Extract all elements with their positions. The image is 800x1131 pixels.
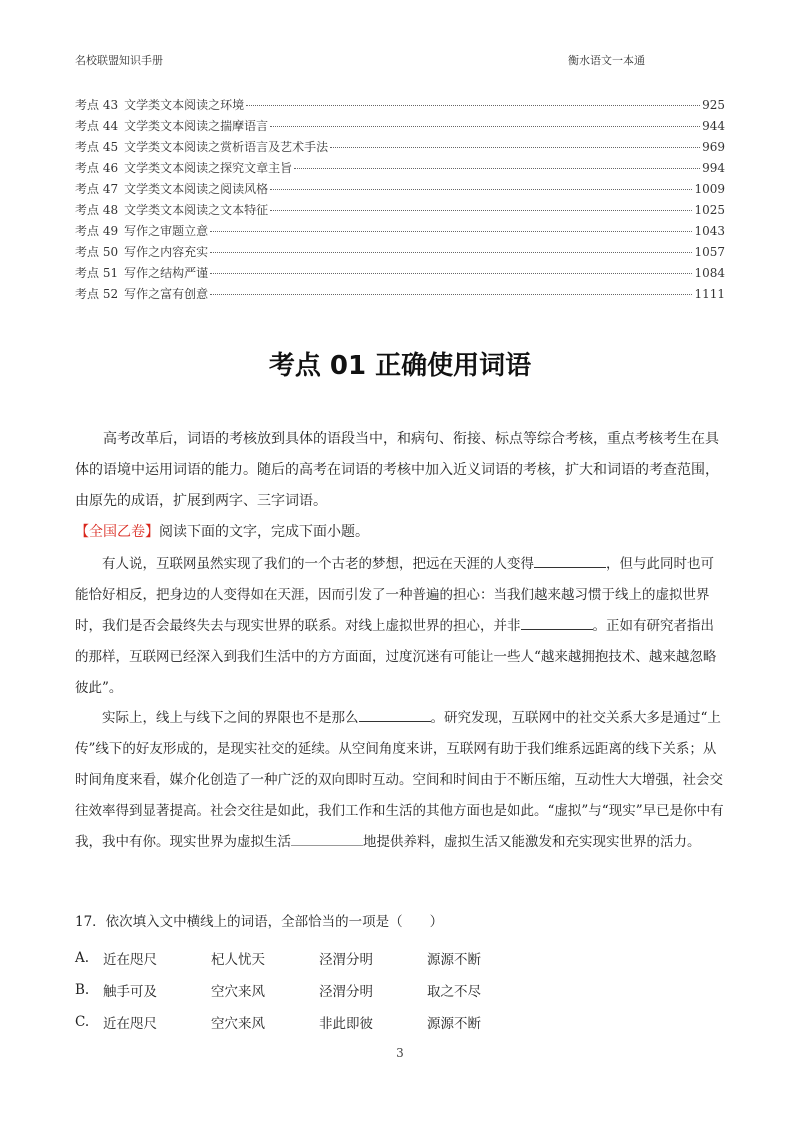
toc-title: 文学类文本阅读之环境 [124, 98, 244, 112]
toc-title: 文学类文本阅读之阅读风格 [124, 182, 268, 196]
option-choice: 杞人忧天 [211, 948, 319, 968]
toc-num: 考点 51 [75, 266, 118, 280]
fill-blank-1 [534, 554, 606, 569]
header-right-title: 衡水语文一本通 [568, 52, 645, 68]
toc-title: 写作之富有创意 [124, 287, 208, 301]
option-a[interactable]: A. 近在咫尺 杞人忧天 泾渭分明 源源不断 [75, 942, 575, 974]
toc-entry[interactable]: 考点 52写作之富有创意1111 [75, 285, 725, 306]
toc-title: 文学类文本阅读之赏析语言及艺术手法 [124, 140, 328, 154]
option-choice: 源源不断 [427, 1012, 535, 1032]
toc-entry[interactable]: 考点 44文学类文本阅读之揣摩语言944 [75, 117, 725, 138]
passage-text: 。研究发现，互联网中的社交关系大多是通过“上传”线下的好友形成的，是现实社交的延… [75, 710, 724, 850]
source-tag: 【全国乙卷】 [75, 524, 159, 540]
toc-entry[interactable]: 考点 51写作之结构严谨1084 [75, 264, 725, 285]
toc-num: 考点 48 [75, 203, 118, 217]
page-header: 名校联盟知识手册 衡水语文一本通 [75, 52, 725, 72]
toc-entry[interactable]: 考点 50写作之内容充实1057 [75, 243, 725, 264]
toc-leader [210, 273, 692, 274]
option-choice: 泾渭分明 [319, 948, 427, 968]
toc-leader [210, 294, 692, 295]
toc-title: 写作之内容充实 [124, 245, 208, 259]
option-choice: 近在咫尺 [103, 948, 211, 968]
toc-leader [246, 105, 700, 106]
option-b[interactable]: B. 触手可及 空穴来风 泾渭分明 取之不尽 [75, 974, 575, 1006]
option-choice: 源源不断 [427, 948, 535, 968]
toc-num: 考点 46 [75, 161, 118, 175]
toc-num: 考点 43 [75, 98, 118, 112]
passage-text: 地提供养料，虚拟生活又能激发和充实现实世界的活力。 [363, 834, 701, 850]
toc-num: 考点 52 [75, 287, 118, 301]
toc-page: 1009 [694, 182, 725, 196]
option-choice: 近在咫尺 [103, 1012, 211, 1032]
option-choice: 触手可及 [103, 980, 211, 1000]
toc-num: 考点 49 [75, 224, 118, 238]
section-title: 考点 01 正确使用词语 [0, 345, 800, 382]
passage-text: 实际上，线上与线下之间的界限也不是那么 [102, 710, 359, 726]
page-number: 3 [0, 1046, 800, 1060]
toc-num: 考点 47 [75, 182, 118, 196]
toc-leader [270, 126, 700, 127]
toc-title: 写作之结构严谨 [124, 266, 208, 280]
option-letter: B. [75, 982, 103, 998]
passage-paragraph-2: 实际上，线上与线下之间的界限也不是那么。研究发现，互联网中的社交关系大多是通过“… [75, 703, 725, 858]
option-letter: C. [75, 1014, 103, 1030]
option-letter: A. [75, 950, 103, 966]
header-left-title: 名校联盟知识手册 [75, 52, 163, 68]
toc-num: 考点 50 [75, 245, 118, 259]
table-of-contents: 考点 43文学类文本阅读之环境925 考点 44文学类文本阅读之揣摩语言944 … [75, 96, 725, 306]
toc-page: 944 [702, 119, 725, 133]
toc-page: 1084 [694, 266, 725, 280]
toc-leader [270, 210, 692, 211]
fill-blank-2 [521, 616, 593, 631]
toc-page: 1111 [694, 287, 725, 301]
toc-title: 文学类文本阅读之探究文章主旨 [124, 161, 292, 175]
toc-title: 写作之审题立意 [124, 224, 208, 238]
toc-page: 1025 [694, 203, 725, 217]
toc-page: 969 [702, 140, 725, 154]
toc-entry[interactable]: 考点 46文学类文本阅读之探究文章主旨994 [75, 159, 725, 180]
option-choice: 非此即彼 [319, 1012, 427, 1032]
toc-num: 考点 45 [75, 140, 118, 154]
toc-title: 文学类文本阅读之文本特征 [124, 203, 268, 217]
option-choice: 取之不尽 [427, 980, 535, 1000]
option-c[interactable]: C. 近在咫尺 空穴来风 非此即彼 源源不断 [75, 1006, 575, 1038]
toc-leader [210, 231, 692, 232]
option-choice: 泾渭分明 [319, 980, 427, 1000]
toc-page: 925 [702, 98, 725, 112]
toc-leader [210, 252, 692, 253]
intro-paragraph: 高考改革后，词语的考核放到具体的语段当中，和病句、衔接、标点等综合考核，重点考核… [75, 424, 725, 517]
option-choice: 空穴来风 [211, 980, 319, 1000]
toc-leader [330, 147, 700, 148]
answer-options: A. 近在咫尺 杞人忧天 泾渭分明 源源不断 B. 触手可及 空穴来风 泾渭分明… [75, 942, 575, 1038]
toc-entry[interactable]: 考点 43文学类文本阅读之环境925 [75, 96, 725, 117]
passage-text: 有人说，互联网虽然实现了我们的一个古老的梦想，把远在天涯的人变得 [102, 556, 534, 572]
toc-page: 1043 [694, 224, 725, 238]
question-stem: 17．依次填入文中横线上的词语，全部恰当的一项是（ ） [75, 910, 443, 930]
toc-entry[interactable]: 考点 45文学类文本阅读之赏析语言及艺术手法969 [75, 138, 725, 159]
fill-blank-4 [291, 832, 363, 847]
toc-entry[interactable]: 考点 47文学类文本阅读之阅读风格1009 [75, 180, 725, 201]
toc-leader [270, 189, 692, 190]
source-instruction: 阅读下面的文字，完成下面小题。 [159, 524, 369, 540]
toc-page: 1057 [694, 245, 725, 259]
option-choice: 空穴来风 [211, 1012, 319, 1032]
toc-entry[interactable]: 考点 49写作之审题立意1043 [75, 222, 725, 243]
toc-entry[interactable]: 考点 48文学类文本阅读之文本特征1025 [75, 201, 725, 222]
fill-blank-3 [359, 708, 431, 723]
toc-leader [294, 168, 700, 169]
toc-page: 994 [702, 161, 725, 175]
toc-title: 文学类文本阅读之揣摩语言 [124, 119, 268, 133]
passage-paragraph-1: 有人说，互联网虽然实现了我们的一个古老的梦想，把远在天涯的人变得，但与此同时也可… [75, 549, 725, 704]
source-line: 【全国乙卷】阅读下面的文字，完成下面小题。 [75, 517, 369, 548]
toc-num: 考点 44 [75, 119, 118, 133]
